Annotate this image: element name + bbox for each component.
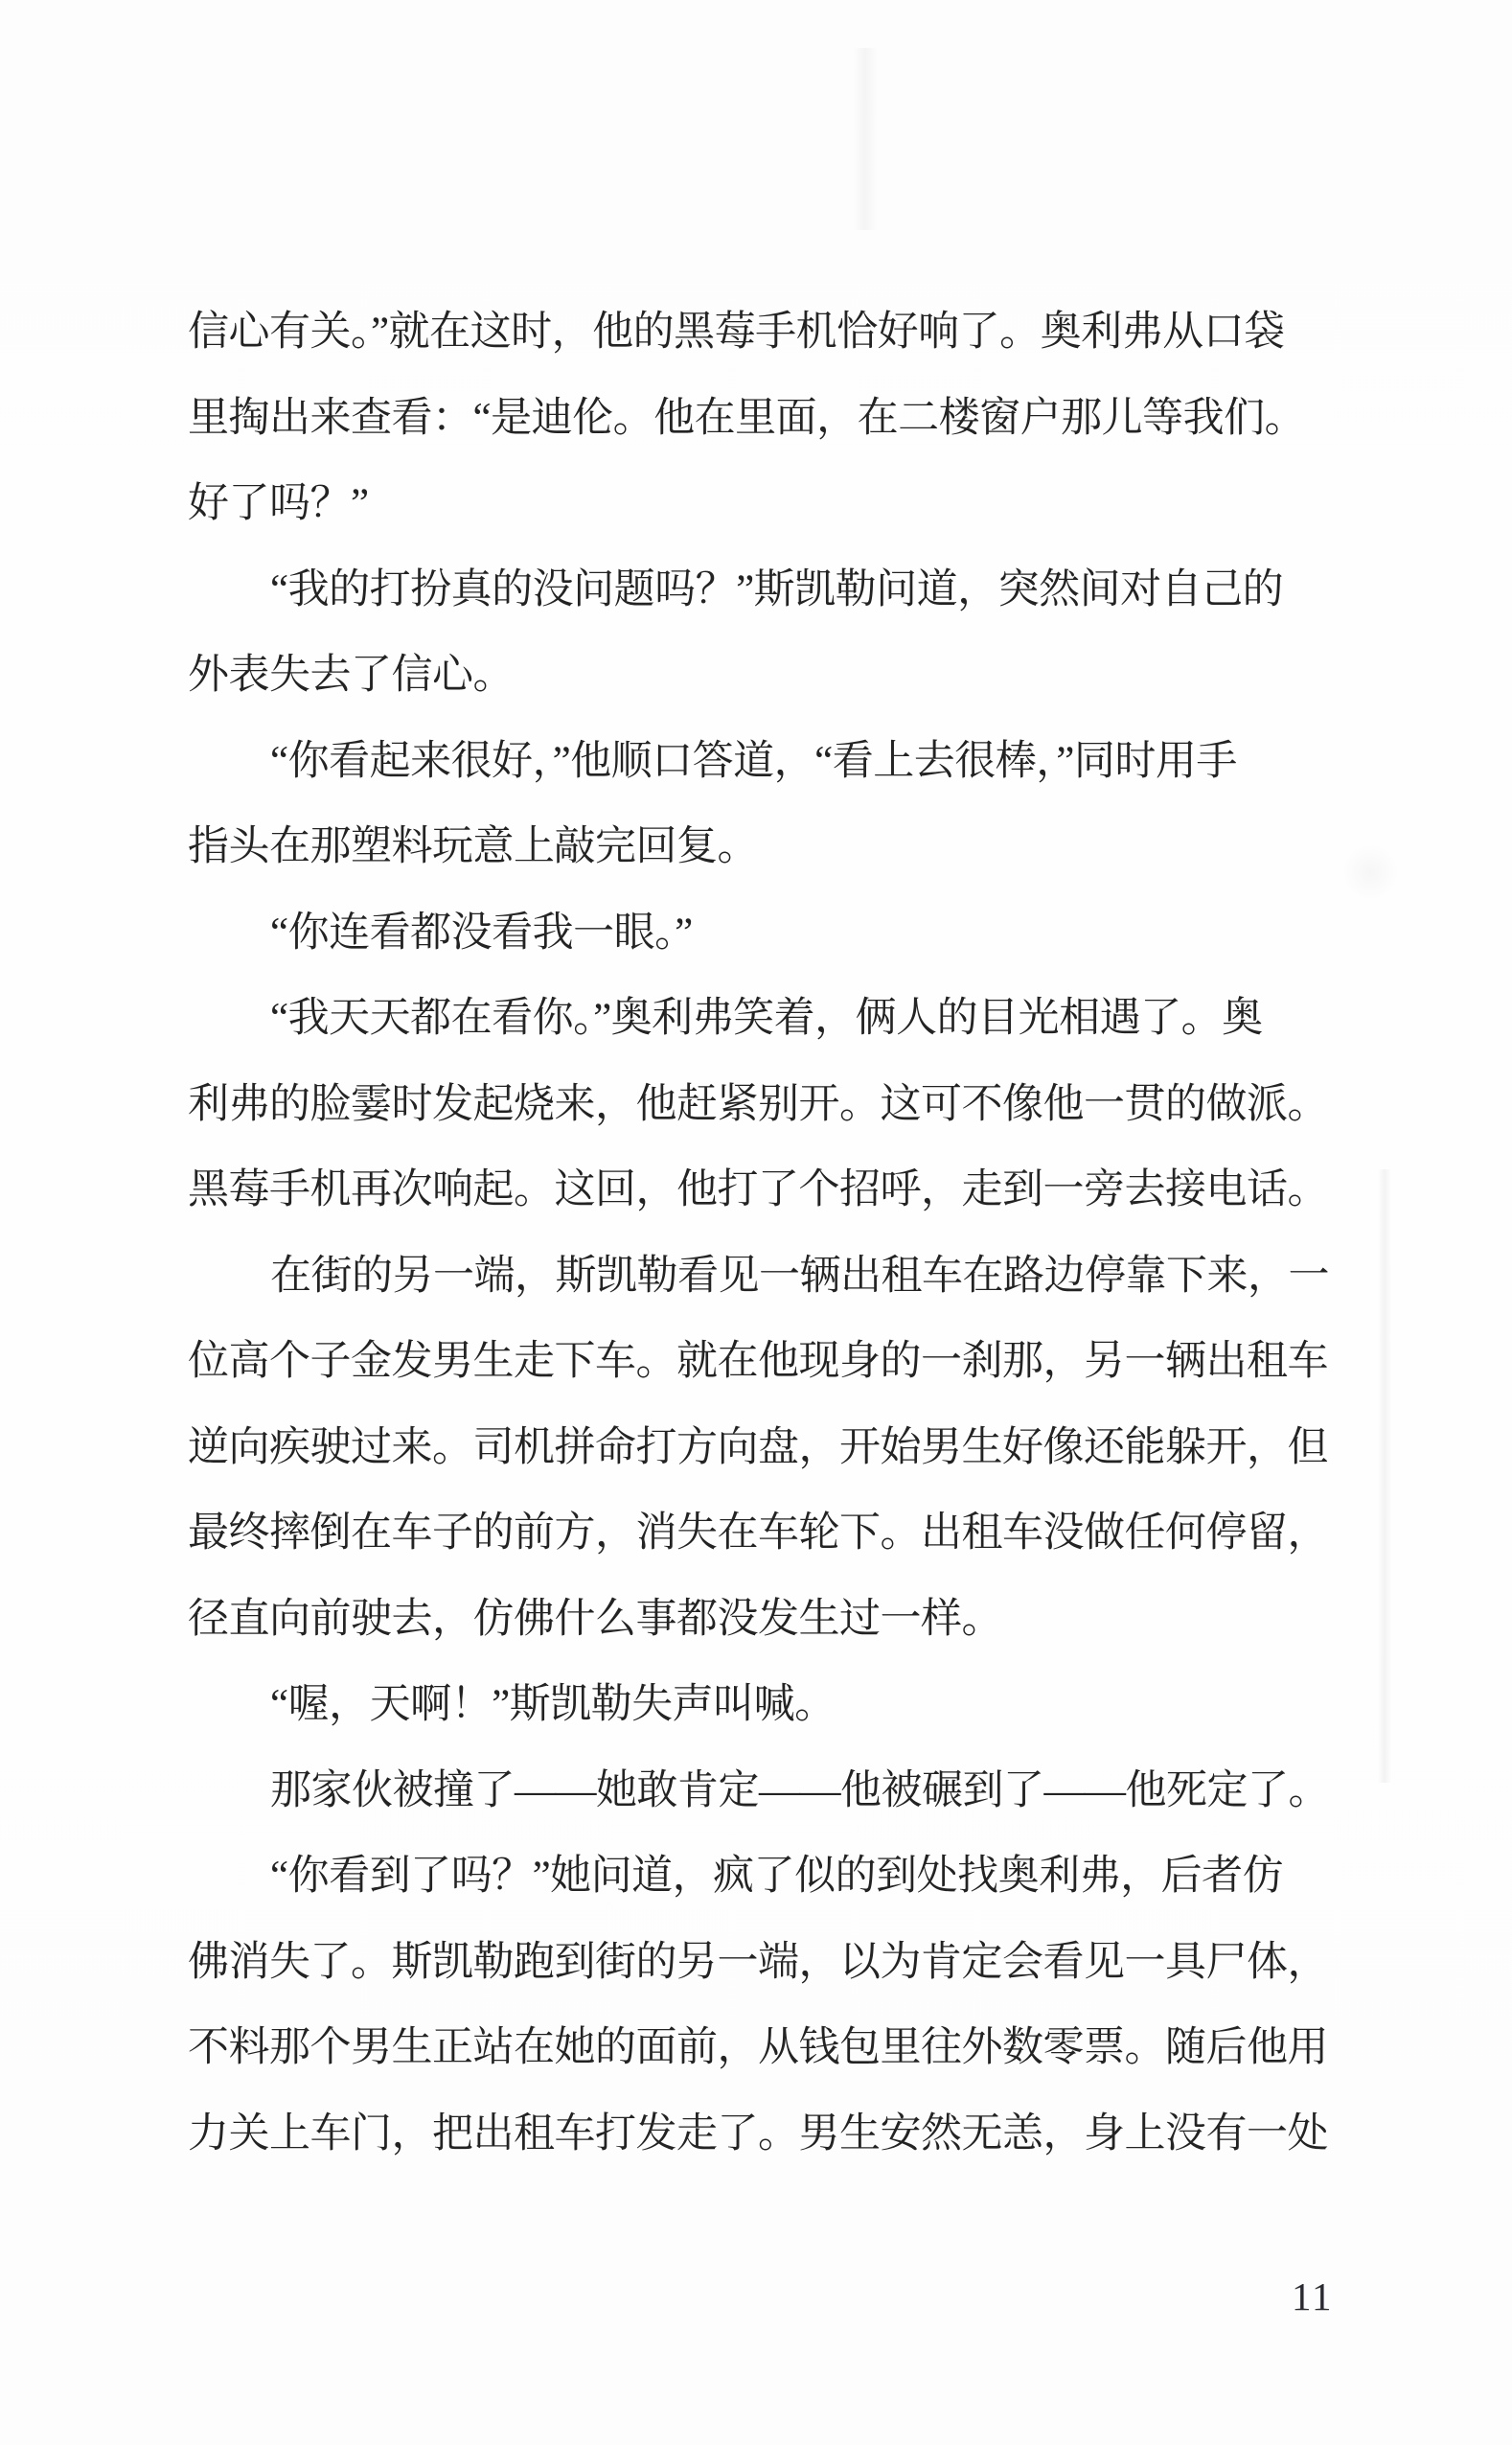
text-line: “你看到了吗？”她问道，疯了似的到处找奥利弗，后者仿 [188, 1834, 1352, 1920]
text-line: 径直向前驶去，仿佛什么事都没发生过一样。 [188, 1577, 1352, 1663]
text-line: 好了吗？” [188, 461, 1352, 547]
page-number: 11 [1292, 2273, 1333, 2319]
text-line: “喔，天啊！”斯凯勒失声叫喊。 [188, 1662, 1352, 1748]
text-line: 在街的另一端，斯凯勒看见一辆出租车在路边停靠下来，一 [188, 1234, 1352, 1320]
text-line: “我天天都在看你。”奥利弗笑着，俩人的目光相遇了。奥 [188, 976, 1352, 1062]
text-line: 佛消失了。斯凯勒跑到街的另一端，以为肯定会看见一具尸体， [188, 1920, 1352, 2006]
book-page: 信心有关。”就在这时，他的黑莓手机恰好响了。奥利弗从口袋里掏出来查看：“是迪伦。… [0, 0, 1512, 2445]
scan-crease-artifact [853, 48, 878, 230]
text-line: 不料那个男生正站在她的面前，从钱包里往外数零票。随后他用 [188, 2005, 1352, 2091]
text-line: “我的打扮真的没问题吗？”斯凯勒问道，突然间对自己的 [188, 547, 1352, 634]
text-line: 黑莓手机再次响起。这回，他打了个招呼，走到一旁去接电话。 [188, 1147, 1352, 1234]
text-line: 那家伙被撞了——她敢肯定——他被碾到了——他死定了。 [188, 1748, 1352, 1834]
text-line: 力关上车门，把出租车打发走了。男生安然无恙，身上没有一处 [188, 2091, 1352, 2178]
text-line: 里掏出来查看：“是迪伦。他在里面，在二楼窗户那儿等我们。 [188, 376, 1352, 462]
text-line: 最终摔倒在车子的前方，消失在车轮下。出租车没做任何停留， [188, 1490, 1352, 1577]
text-line: “你看起来很好，”他顺口答道，“看上去很棒，”同时用手 [188, 719, 1352, 805]
text-line: 位高个子金发男生走下车。就在他现身的一刹那，另一辆出租车 [188, 1319, 1352, 1405]
body-text: 信心有关。”就在这时，他的黑莓手机恰好响了。奥利弗从口袋里掏出来查看：“是迪伦。… [188, 289, 1352, 2177]
text-line: 信心有关。”就在这时，他的黑莓手机恰好响了。奥利弗从口袋 [188, 289, 1352, 376]
text-line: 利弗的脸霎时发起烧来，他赶紧别开。这可不像他一贯的做派。 [188, 1062, 1352, 1148]
text-line: 逆向疾驶过来。司机拼命打方向盘，开始男生好像还能躲开，但 [188, 1405, 1352, 1491]
text-line: 外表失去了信心。 [188, 633, 1352, 719]
text-line: “你连看都没看我一眼。” [188, 890, 1352, 977]
scan-crease-artifact [1378, 1169, 1391, 1783]
text-line: 指头在那塑料玩意上敲完回复。 [188, 804, 1352, 890]
